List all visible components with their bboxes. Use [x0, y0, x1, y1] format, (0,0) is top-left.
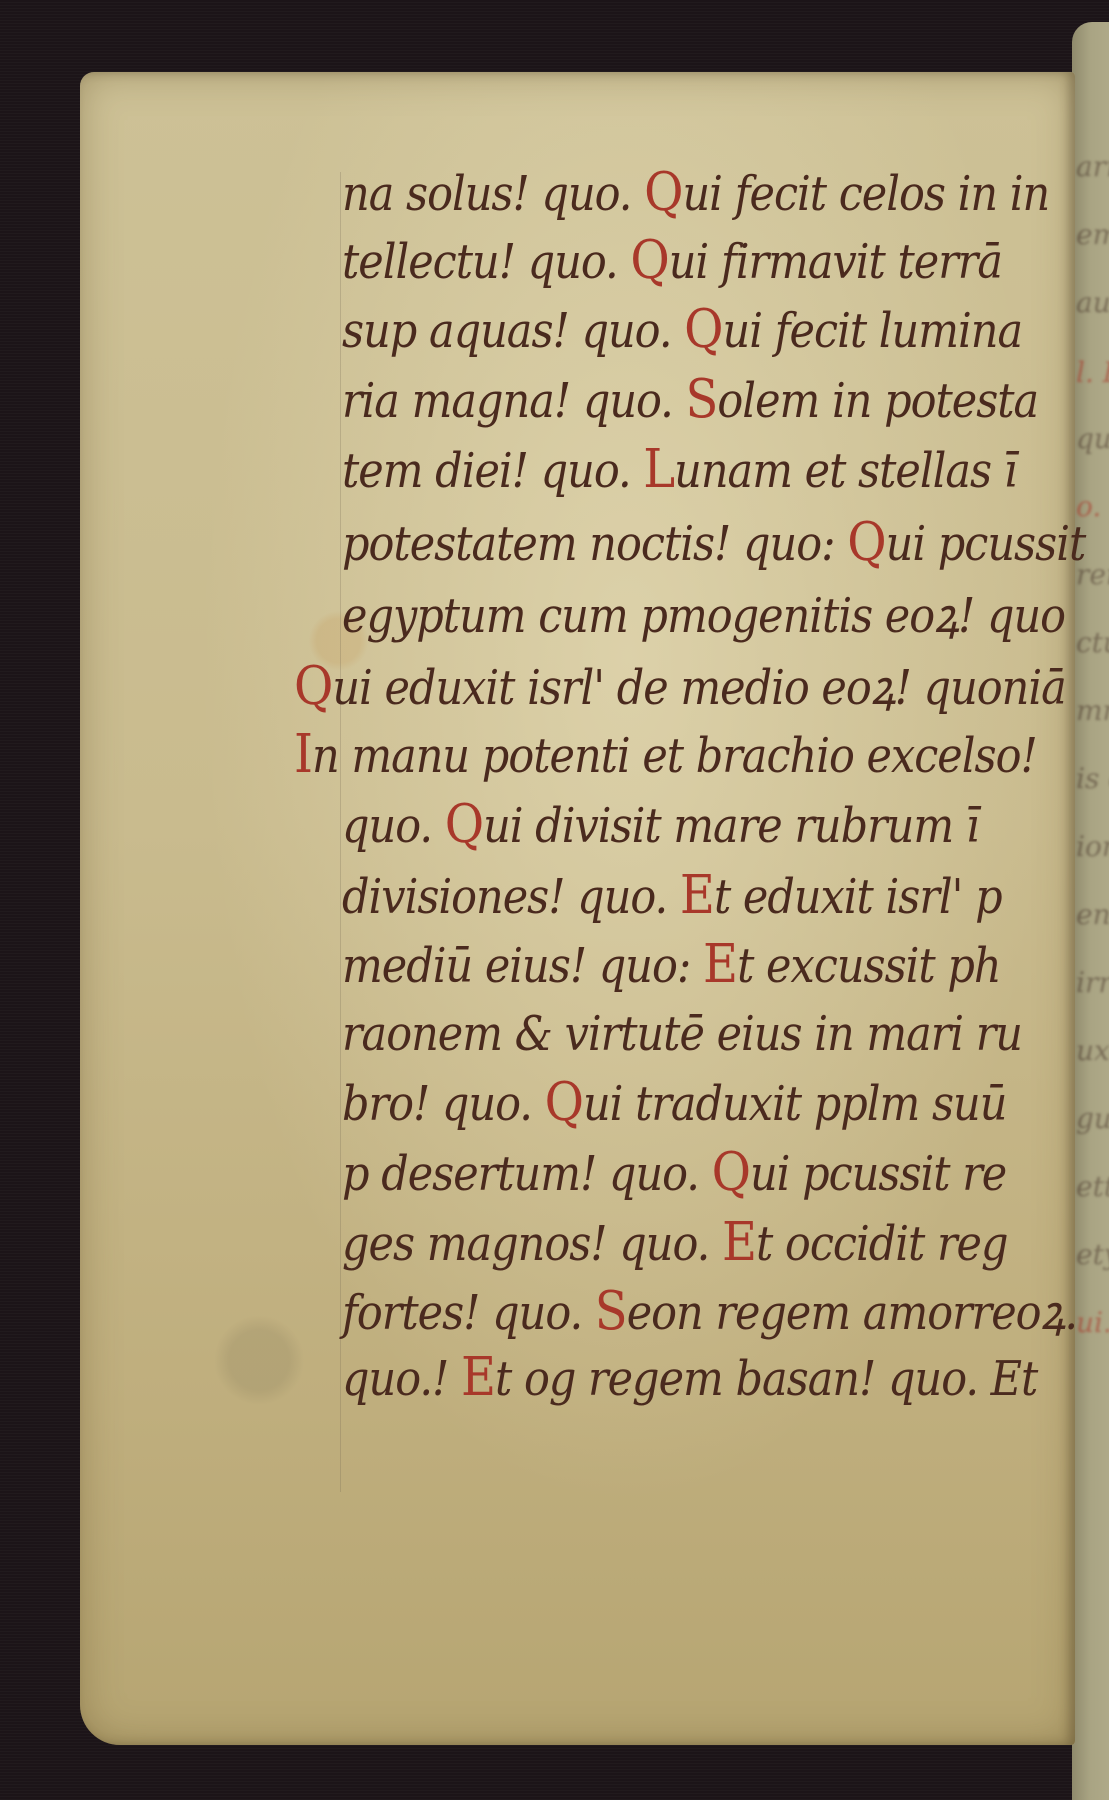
text-block: na solus! quo. Qui fecit celos in in tel…: [80, 72, 1075, 1745]
neighbor-fragment: quo:: [1076, 422, 1109, 455]
text-line: na solus! quo. Qui fecit celos in in: [342, 161, 1049, 224]
neighbor-fragment: irrog: [1076, 966, 1109, 999]
text-line: divisiones! quo. Et eduxit isrl' p: [342, 864, 1002, 927]
neighbor-fragment: endu: [1076, 898, 1109, 931]
rubricated-initial: L: [643, 438, 674, 501]
neighbor-fragment: mm: [1076, 694, 1109, 727]
rubricated-initial: Q: [445, 793, 483, 856]
rubricated-initial: Q: [294, 655, 332, 718]
text-line: fortes! quo. Seon regem amorreoꝝ.: [342, 1277, 1077, 1343]
rubricated-initial: S: [686, 368, 718, 431]
text-line: sup aquas! quo. Qui fecit lumina: [342, 298, 1022, 361]
text-line: potestatem noctis! quo: Qui pcussit: [342, 511, 1085, 574]
text-line: egyptum cum pmogenitis eoꝝ! quo: [342, 580, 1065, 646]
neighbor-fragment: gui at: [1076, 1102, 1109, 1135]
neighbor-fragment: l. Et: [1076, 356, 1109, 389]
neighbor-fragment: arrar: [1076, 150, 1109, 183]
text-line: quo.! Et og regem basan! quo. Et: [342, 1346, 1037, 1409]
neighbor-fragment: etym: [1076, 1238, 1109, 1271]
neighbor-fragment: ui. S: [1076, 1306, 1109, 1339]
neighbor-fragment: aulta: [1076, 286, 1109, 319]
manuscript-page: na solus! quo. Qui fecit celos in in tel…: [80, 72, 1075, 1745]
rubricated-initial: Q: [847, 511, 885, 574]
neighbor-fragment: ctu: [1076, 626, 1109, 659]
rubricated-initial: Q: [712, 1141, 750, 1204]
text-line: Qui eduxit isrl' de medio eoꝝ! quoniā: [294, 652, 1066, 718]
rubricated-initial: S: [595, 1280, 627, 1343]
rubricated-initial: Q: [630, 229, 668, 292]
text-line: tem diei! quo. Lunam et stellas ī: [342, 438, 1016, 501]
text-line: mediū eius! quo: Et excussit ph: [342, 933, 1001, 996]
text-line: p desertum! quo. Qui pcussit re: [342, 1141, 1006, 1204]
neighbor-fragment: ion.: [1076, 830, 1109, 863]
neighbor-fragment: is et: [1076, 762, 1109, 795]
rubricated-initial: E: [722, 1211, 756, 1274]
rubricated-initial: I: [294, 723, 312, 786]
rubricated-initial: E: [680, 864, 714, 927]
text-line: quo. Qui divisit mare rubrum ī: [342, 793, 979, 856]
rubricated-initial: E: [461, 1346, 495, 1409]
text-line: In manu potenti et brachio excelso!: [294, 723, 1037, 786]
rubricated-initial: Q: [644, 161, 682, 224]
neighbor-fragment: em ifi: [1076, 218, 1109, 251]
rubricated-initial: E: [703, 933, 737, 996]
text-line: ria magna! quo. Solem in potesta: [342, 368, 1038, 431]
text-line: raonem & virtutē eius in mari ru: [342, 1001, 1022, 1064]
text-line: tellectu! quo. Qui firmavit terrā: [342, 229, 1002, 292]
text-line: bro! quo. Qui traduxit pplm suū: [342, 1071, 1006, 1134]
neighbor-fragment: uxer: [1076, 1034, 1109, 1067]
adjacent-page-edge: arrar em ifi aulta l. Et quo: o. Q rera …: [1072, 22, 1109, 1800]
text-line: ges magnos! quo. Et occidit reg: [342, 1211, 1008, 1274]
rubricated-initial: Q: [545, 1071, 583, 1134]
neighbor-fragment: ette n: [1076, 1170, 1109, 1203]
rubricated-initial: Q: [684, 298, 722, 361]
